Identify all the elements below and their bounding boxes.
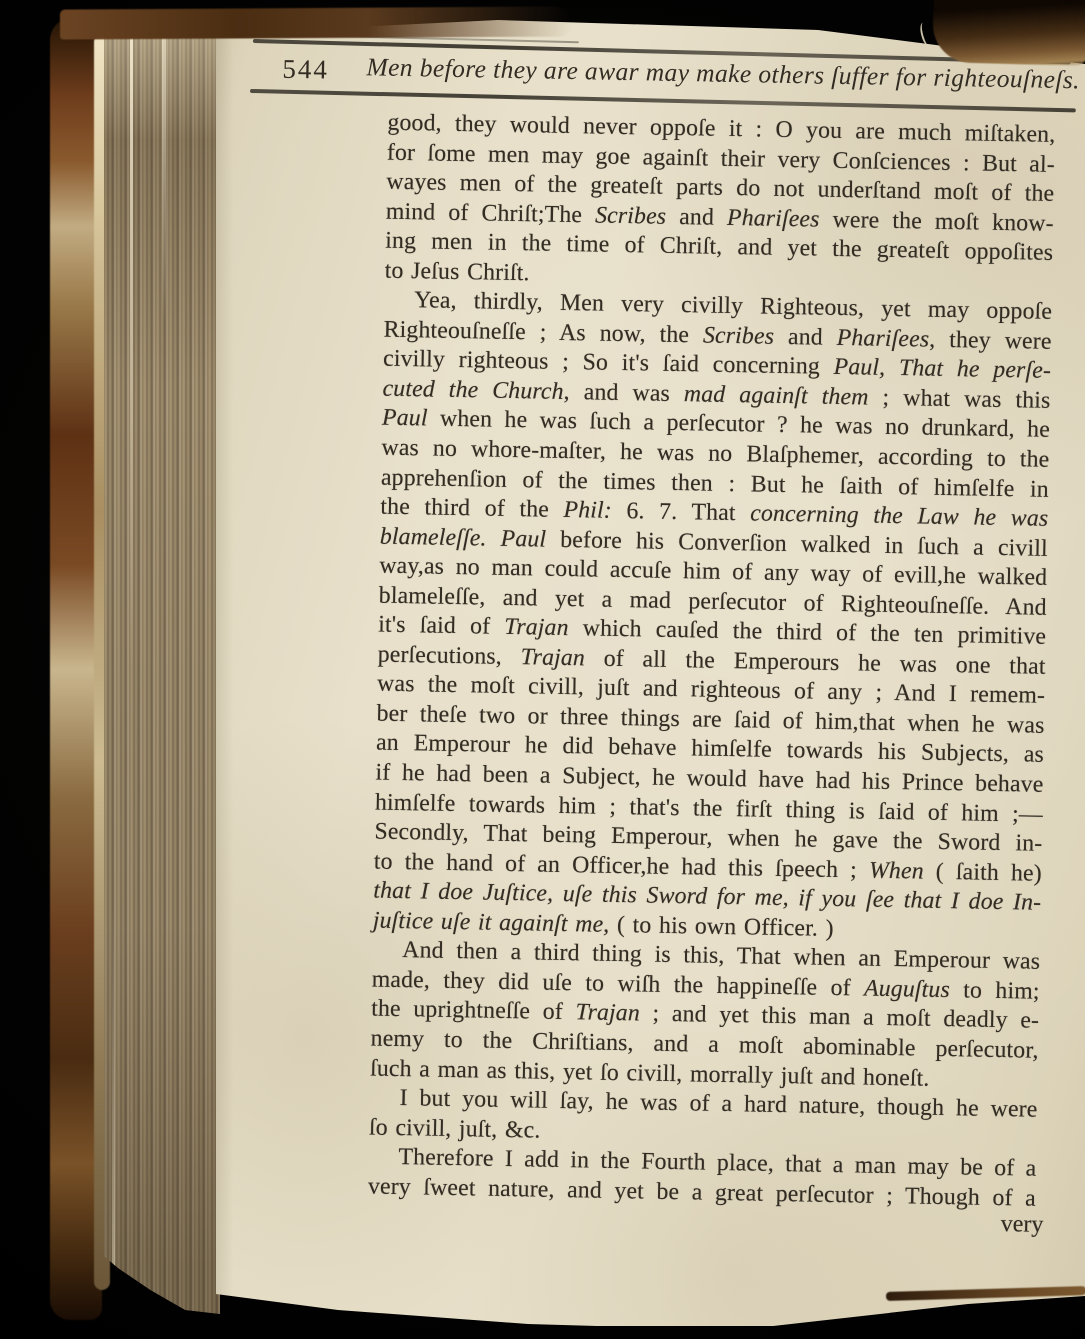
italic-text: Paul [382,405,428,432]
roman-text: and [666,203,727,230]
italic-text: blameleſſe. Paul [380,523,547,552]
roman-text: ; what was this [868,384,1050,413]
roman-text: and [774,324,837,351]
italic-text: Phariſees [727,205,820,233]
book-photograph: 544 Men before they are awar may make ot… [0,0,1085,1339]
cover-corner-top-left [60,6,572,39]
italic-text: Phariſees [836,325,929,353]
roman-text: ( to his own Officer. ) [609,912,834,942]
catchword: very [957,1210,1043,1239]
italic-text: Phil: [563,497,612,524]
paragraph: good, they would never oppoſe it : O you… [384,109,1055,298]
roman-text: Righteouſneſſe ; As now, the [383,316,703,348]
roman-text: perſecutions, [377,641,520,670]
paragraph: Therefore I add in the Fourth place, tha… [368,1143,1037,1214]
fore-edge-highlight-streak [112,904,115,1284]
book-page: 544 Men before they are awar may make ot… [198,12,1085,1326]
adjacent-leaf-edge-top-right [932,0,1085,66]
fore-edge-highlight-streak [162,24,166,324]
italic-text: Scribes [703,322,775,349]
page-number: 544 [282,54,329,86]
roman-text: the uprightneſſe of [371,996,576,1026]
roman-text: ( ſaith he) [924,858,1043,886]
roman-text: were the moſt know- [819,206,1054,236]
italic-text: cuted the Church [382,376,564,405]
italic-text: Trajan [520,644,585,671]
body-text: good, they would never oppoſe it : O you… [368,109,1056,1214]
roman-text: ; and yet this man a moſt deadly e- [640,1001,1040,1034]
roman-text: mind of Chriſt;The [386,198,596,228]
italic-text: Scribes [595,202,667,229]
italic-text: concerning the Law he was [750,500,1049,531]
printed-content: 544 Men before they are awar may make ot… [175,10,1085,1339]
fore-edge-highlight-streak [130,28,133,668]
roman-text: to Jeſus Chriſt. [385,257,530,286]
roman-text: to him; [950,977,1040,1005]
italic-text: Trajan [575,1000,640,1027]
roman-text: the third of the [380,494,564,523]
italic-text: mad againſt them [684,381,869,410]
italic-text: Trajan [504,614,569,641]
roman-text: ſo civill, juſt, &c. [369,1114,541,1143]
roman-text: , they were [929,326,1052,354]
paragraph: Yea, thirdly, Men very civilly Righteous… [373,286,1053,948]
italic-text: juſtice uſe it againſt me, [373,907,610,937]
italic-text: Paul, That he perſe- [833,354,1051,384]
roman-text: 6. 7. That [612,498,751,527]
paragraph: And then a third thing is this, That whe… [370,936,1041,1096]
italic-text: When [869,857,924,884]
roman-text: it's ſaid of [378,612,505,640]
book-fore-edge-pages [104,24,220,1316]
roman-text: , and was [563,379,684,407]
italic-text: Auguſtus [864,975,950,1003]
